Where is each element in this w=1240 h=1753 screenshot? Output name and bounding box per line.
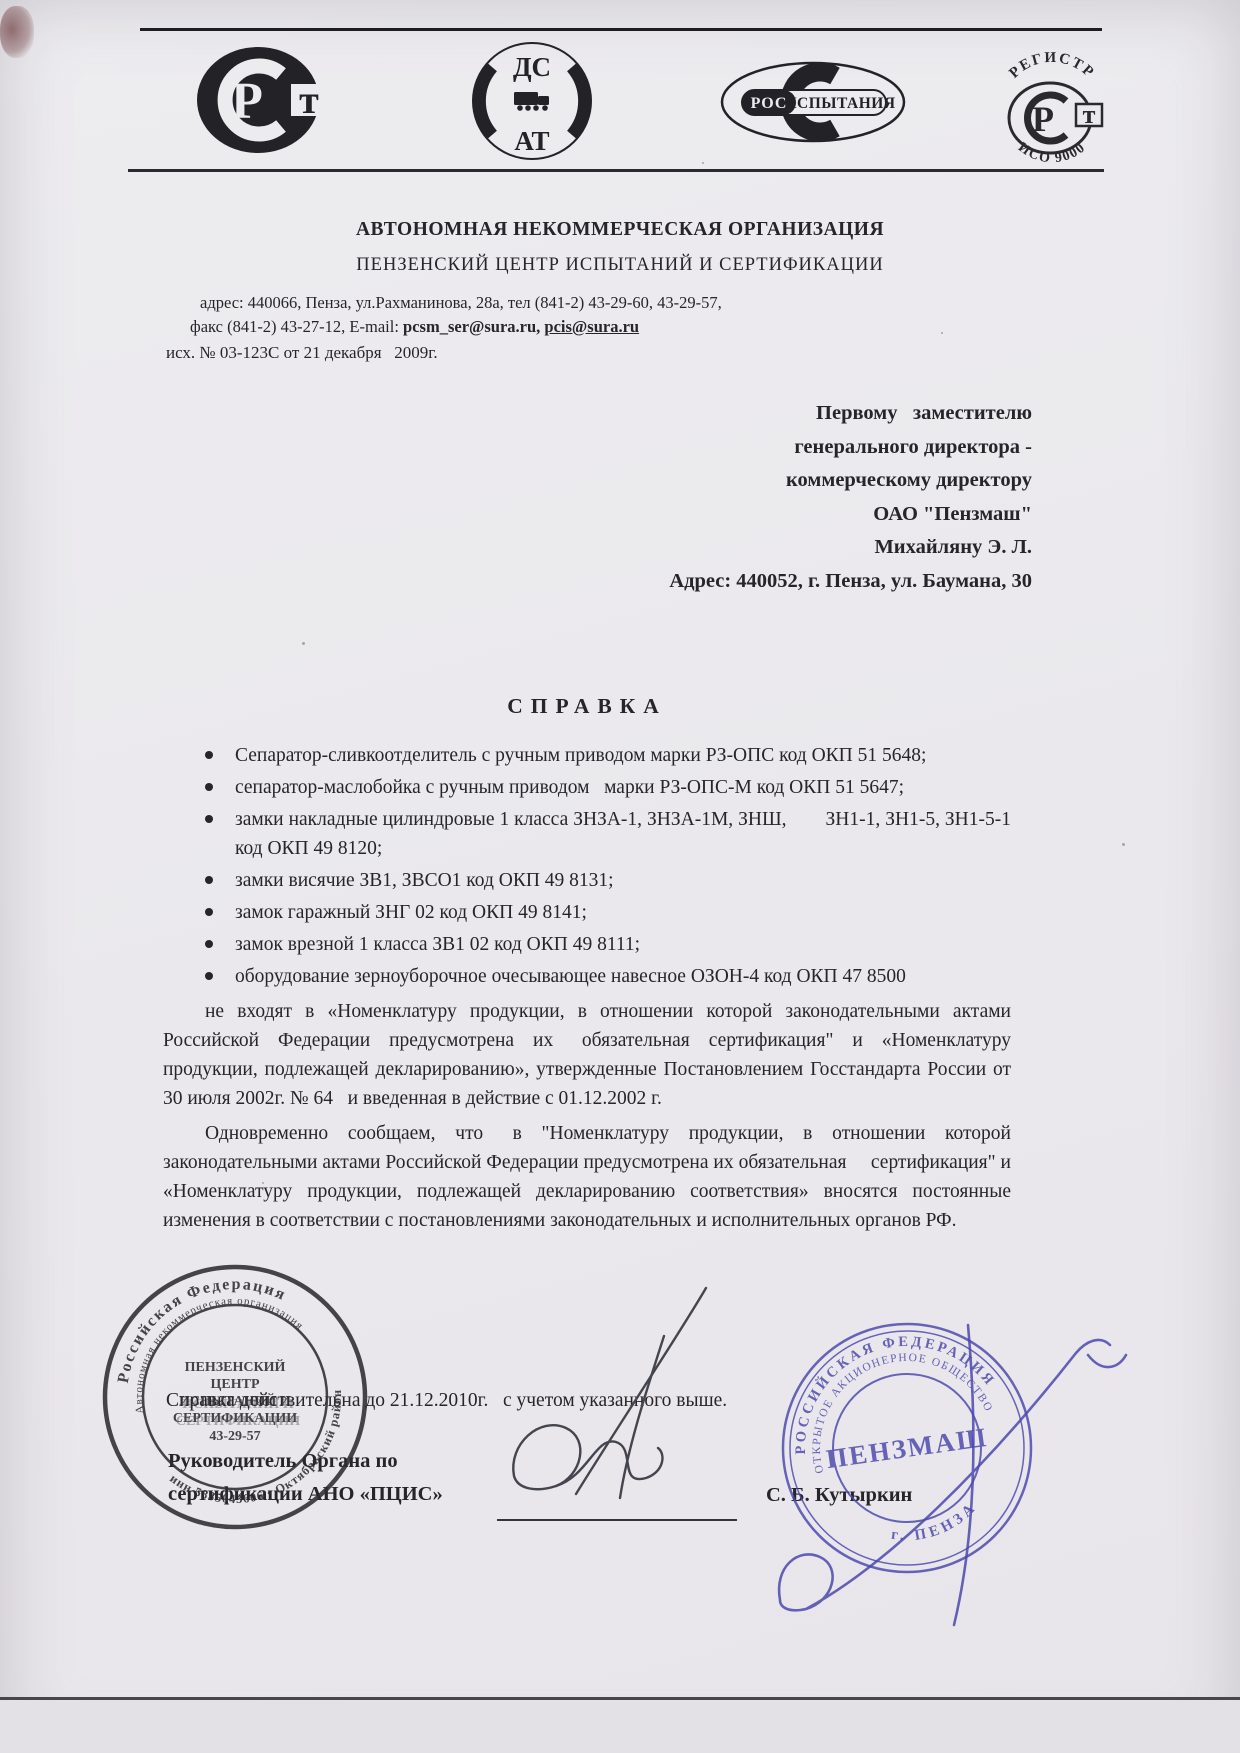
letterhead-top-rule [140,28,1102,31]
scanned-letter-page: Р т ДС АТ РОС ИСПЫТАНИЯ РЕГИСТР Р т [0,0,1240,1753]
email-secondary: pcis@sura.ru [544,317,639,336]
scan-speck [941,332,943,334]
email-primary: pcsm_ser@sura.ru [403,317,536,336]
body-paragraph: Одновременно сообщаем, что в "Номенклату… [163,1119,1011,1235]
stamp-center-line: ЦЕНТР [210,1377,259,1392]
registr-letter-t: т [1083,100,1096,129]
scan-corner-mark [0,6,34,58]
rst-certification-mark-icon: Р т [195,44,327,156]
org-name-line2: ПЕНЗЕНСКИЙ ЦЕНТР ИСПЫТАНИЙ И СЕРТИФИКАЦИ… [140,255,1100,276]
scan-speck [302,642,305,645]
list-item: замок врезной 1 класса ЗВ1 02 код ОКП 49… [163,930,1011,959]
addressee-line: Михайляну Э. Л. [669,531,1032,565]
truck-icon [514,92,538,105]
countersignature-stroke [758,1295,1178,1645]
org-name-line1: АВТОНОМНАЯ НЕКОММЕРЧЕСКАЯ ОРГАНИЗАЦИЯ [140,219,1100,241]
scan-bottom-edge [0,1700,1240,1753]
ds-at-transport-mark-icon: ДС АТ [470,40,594,162]
stamp-double-strike: ИСПЫТАНИЙ И [182,1395,294,1412]
list-item: Сепаратор-сливкоотделитель с ручным прив… [163,741,1011,770]
fax-prefix: факс (841-2) 43-27-12, E-mail: [190,317,403,336]
addressee-block: Первому заместителю генерального директо… [669,397,1032,598]
document-title: СПРАВКА [163,694,1011,719]
addressee-line: генерального директора - [669,431,1032,465]
scan-speck [1122,843,1125,846]
rst-letter-t: т [299,77,319,122]
list-item: замки накладные цилиндровые 1 класса ЗНЗ… [163,805,1011,863]
certification-body-stamp: Российская Федерация Автономная некоммер… [95,1257,375,1537]
stamp-center-line: 43-29-57 [209,1429,260,1444]
ds-label: ДС [513,52,551,82]
ros-label: РОС [751,95,788,112]
list-item: оборудование зерноуборочное очесывающее … [163,962,1011,991]
stamp-double-strike: СЕРТИФИКАЦИИ [176,1414,300,1429]
product-list: Сепаратор-сливкоотделитель с ручным прив… [163,741,1011,991]
addressee-line: Первому заместителю [669,397,1032,431]
at-label: АТ [514,126,549,156]
registr-arc-label: РЕГИСТР [1006,50,1097,82]
outgoing-reference: исх. № 03-123С от 21 декабря 2009г. [166,343,438,363]
org-fax-email-line: факс (841-2) 43-27-12, E-mail: pcsm_ser@… [190,317,639,337]
ispytaniya-label: ИСПЫТАНИЯ [784,95,895,112]
list-item: сепаратор-маслобойка с ручным приводом м… [163,773,1011,802]
addressee-line: ОАО "Пензмаш" [669,498,1032,532]
org-address-line: адрес: 440066, Пенза, ул.Рахманинова, 28… [200,293,722,313]
letterhead-bottom-rule [128,169,1104,172]
registr-iso9000-mark-icon: РЕГИСТР Р т ИСО 9000 [988,38,1116,178]
rosispytaniya-mark-icon: РОС ИСПЫТАНИЯ [718,60,908,144]
list-item: замок гаражный ЗНГ 02 код ОКП 49 8141; [163,898,1011,927]
stamp-center-line: ПЕНЗЕНСКИЙ [185,1358,286,1375]
body-paragraph: не входят в «Номенклатуру продукции, в о… [163,997,1011,1113]
scan-speck [702,162,704,164]
director-signature-stroke [468,1276,768,1526]
rst-letter: Р [231,73,263,130]
addressee-line: коммерческому директору [669,464,1032,498]
svg-text:РЕГИСТР: РЕГИСТР [1006,50,1097,82]
document-body: Сепаратор-сливкоотделитель с ручным прив… [163,741,1011,1235]
addressee-line: Адрес: 440052, г. Пенза, ул. Баумана, 30 [669,565,1032,599]
list-item: замки висячие ЗВ1, ЗВСО1 код ОКП 49 8131… [163,866,1011,895]
registr-letter-r: Р [1032,99,1054,139]
